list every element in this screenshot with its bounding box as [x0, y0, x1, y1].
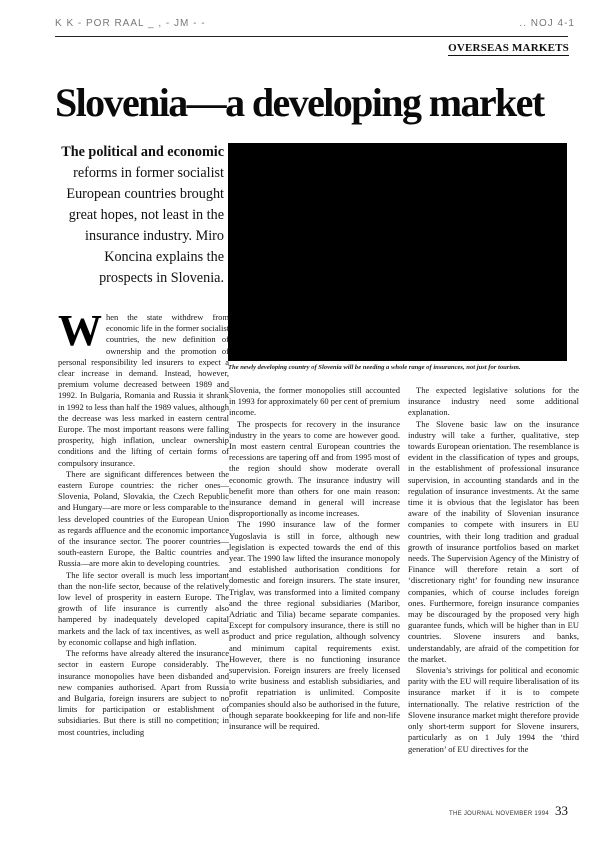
fax-header-left: K K - POR RAAL _ , - JM - - — [55, 18, 206, 29]
article-column-3: The expected legislative solutions for t… — [408, 385, 579, 755]
paragraph: Slovenia’s strivings for political and e… — [408, 665, 579, 755]
paragraph: There are significant differences betwee… — [58, 469, 229, 570]
paragraph: Slovenia, the former monopolies still ac… — [229, 385, 400, 419]
paragraph: When the state withdrew from economic li… — [58, 312, 229, 469]
article-column-1: When the state withdrew from economic li… — [58, 312, 229, 738]
fax-header-right: .. NOJ 4-1 — [519, 18, 575, 29]
drop-cap: W — [58, 314, 102, 348]
standfirst-line: Koncina explains the — [52, 247, 224, 268]
fax-transmission-header: K K - POR RAAL _ , - JM - - .. NOJ 4-1 — [55, 18, 575, 34]
section-label: OVERSEAS MARKETS — [448, 42, 569, 56]
article-photo — [228, 143, 567, 361]
standfirst: The political and economic reforms in fo… — [52, 142, 224, 289]
paragraph: The 1990 insurance law of the former Yug… — [229, 519, 400, 732]
page-footer: THE JOURNAL NOVEMBER 1994 33 — [400, 802, 568, 820]
paragraph: The Slovene basic law on the insurance i… — [408, 419, 579, 665]
standfirst-line: insurance industry. Miro — [52, 226, 224, 247]
article-column-2: Slovenia, the former monopolies still ac… — [229, 385, 400, 732]
standfirst-line: reforms in former socialist — [52, 163, 224, 184]
paragraph: The expected legislative solutions for t… — [408, 385, 579, 419]
standfirst-line: prospects in Slovenia. — [52, 268, 224, 289]
standfirst-line: European countries brought — [52, 184, 224, 205]
article-title: Slovenia—a developing market — [55, 80, 575, 126]
header-rule — [55, 36, 568, 37]
journal-name-date: THE JOURNAL NOVEMBER 1994 — [449, 811, 549, 817]
page-number: 33 — [555, 803, 568, 818]
photo-caption: The newly developing country of Slovenia… — [228, 363, 573, 372]
paragraph: The prospects for recovery in the insura… — [229, 419, 400, 520]
standfirst-line: great hopes, not least in the — [52, 205, 224, 226]
paragraph: The reforms have already altered the ins… — [58, 648, 229, 738]
paragraph: The life sector overall is much less imp… — [58, 570, 229, 648]
standfirst-line: The political and economic — [52, 142, 224, 163]
